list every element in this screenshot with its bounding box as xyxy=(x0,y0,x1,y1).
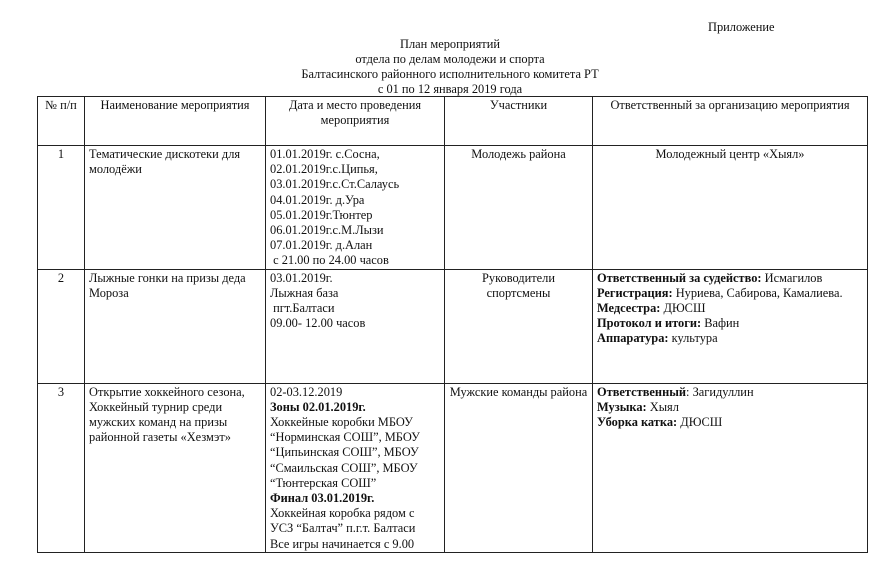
row-number: 2 xyxy=(38,269,85,383)
date-line: 01.01.2019г. с.Сосна, xyxy=(270,147,440,162)
event-date-place: 02-03.12.2019 Зоны 02.01.2019г. Хоккейны… xyxy=(266,383,445,552)
participants: Молодежь района xyxy=(445,146,593,270)
date-line: 06.01.2019г.с.М.Лызи xyxy=(270,223,440,238)
responsible-label: Ответственный xyxy=(597,385,686,399)
zones-text: Хоккейные коробки МБОУ “Норминская СОШ”,… xyxy=(270,415,440,491)
title-line: План мероприятий xyxy=(270,37,630,52)
responsible-label: Музыка: xyxy=(597,400,647,414)
header-number: № п/п xyxy=(38,97,85,146)
final-text: Хоккейная коробка рядом с УСЗ “Балтач” п… xyxy=(270,506,440,536)
appendix-label: Приложение xyxy=(708,20,775,35)
header-participants: Участники xyxy=(445,97,593,146)
table-row: 3 Открытие хоккейного сезона, Хоккейный … xyxy=(38,383,868,552)
event-name: Тематические дискотеки для молодёжи xyxy=(85,146,266,270)
responsible: Ответственный за судейство: Исмагилов Ре… xyxy=(593,269,868,383)
date-line: с 21.00 по 24.00 часов xyxy=(270,253,440,268)
responsible-item: Ответственный за судейство: Исмагилов xyxy=(597,271,863,286)
responsible-label: Медсестра: xyxy=(597,301,660,315)
responsible-value: Исмагилов xyxy=(762,271,823,285)
title-line: с 01 по 12 января 2019 года xyxy=(270,82,630,97)
row-number: 3 xyxy=(38,383,85,552)
responsible-item: Ответственный: Загидуллин xyxy=(597,385,863,400)
final-label: Финал 03.01.2019г. xyxy=(270,491,374,505)
event-date-place: 01.01.2019г. с.Сосна, 02.01.2019г.с.Ципь… xyxy=(266,146,445,270)
participants: Мужские команды района xyxy=(445,383,593,552)
responsible-value: культура xyxy=(669,331,718,345)
responsible-label: Ответственный за судейство: xyxy=(597,271,762,285)
date-line: 02.01.2019г.с.Ципья, xyxy=(270,162,440,177)
responsible-label: Аппаратура: xyxy=(597,331,669,345)
responsible-item: Регистрация: Нуриева, Сабирова, Камалиев… xyxy=(597,286,863,301)
event-name: Открытие хоккейного сезона, Хоккейный ту… xyxy=(85,383,266,552)
title-line: отдела по делам молодежи и спорта xyxy=(270,52,630,67)
header-date-place: Дата и место проведения мероприятия xyxy=(266,97,445,146)
header-responsible: Ответственный за организацию мероприятия xyxy=(593,97,868,146)
date-line: 03.01.2019г.с.Ст.Салаусь xyxy=(270,177,440,192)
games-note: Все игры начинается с 9.00 xyxy=(270,537,440,552)
responsible-item: Аппаратура: культура xyxy=(597,331,863,346)
zones-label: Зоны 02.01.2019г. xyxy=(270,400,366,414)
responsible-value: ДЮСШ xyxy=(660,301,705,315)
table-row: 1 Тематические дискотеки для молодёжи 01… xyxy=(38,146,868,270)
table-row: 2 Лыжные гонки на призы деда Мороза 03.0… xyxy=(38,269,868,383)
responsible-label: Протокол и итоги: xyxy=(597,316,701,330)
document-title: План мероприятий отдела по делам молодеж… xyxy=(270,37,630,97)
date-line: Лыжная база xyxy=(270,286,440,301)
date-line: 03.01.2019г. xyxy=(270,271,440,286)
responsible-item: Уборка катка: ДЮСШ xyxy=(597,415,863,430)
event-date-place: 03.01.2019г. Лыжная база пгт.Балтаси 09.… xyxy=(266,269,445,383)
responsible-label: Уборка катка: xyxy=(597,415,677,429)
responsible-item: Медсестра: ДЮСШ xyxy=(597,301,863,316)
responsible-value: Хыял xyxy=(647,400,679,414)
responsible: Ответственный: Загидуллин Музыка: Хыял У… xyxy=(593,383,868,552)
date-line: 07.01.2019г. д.Алан xyxy=(270,238,440,253)
date-line: 04.01.2019г. д.Ура xyxy=(270,193,440,208)
participants: Руководители спортсмены xyxy=(445,269,593,383)
table-header-row: № п/п Наименование мероприятия Дата и ме… xyxy=(38,97,868,146)
responsible-value: Нуриева, Сабирова, Камалиева. xyxy=(673,286,843,300)
responsible-value: Вафин xyxy=(701,316,739,330)
events-table: № п/п Наименование мероприятия Дата и ме… xyxy=(37,96,868,553)
responsible-item: Музыка: Хыял xyxy=(597,400,863,415)
date-intro: 02-03.12.2019 xyxy=(270,385,440,400)
title-line: Балтасинского районного исполнительного … xyxy=(270,67,630,82)
event-name: Лыжные гонки на призы деда Мороза xyxy=(85,269,266,383)
row-number: 1 xyxy=(38,146,85,270)
responsible: Молодежный центр «Хыял» xyxy=(593,146,868,270)
date-line: 05.01.2019г.Тюнтер xyxy=(270,208,440,223)
responsible-item: Протокол и итоги: Вафин xyxy=(597,316,863,331)
responsible-value: ДЮСШ xyxy=(677,415,722,429)
date-line: пгт.Балтаси xyxy=(270,301,440,316)
responsible-value: : Загидуллин xyxy=(686,385,754,399)
date-line: 09.00- 12.00 часов xyxy=(270,316,440,331)
responsible-label: Регистрация: xyxy=(597,286,673,300)
header-event-name: Наименование мероприятия xyxy=(85,97,266,146)
